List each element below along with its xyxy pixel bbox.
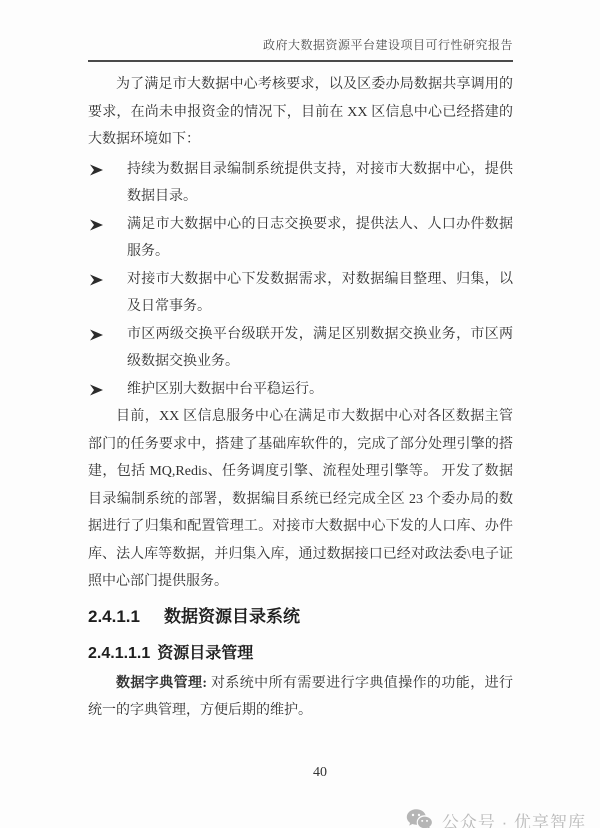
list-item-text: 持续为数据目录编制系统提供支持，对接市大数据中心，提供数据目录。 [127, 162, 513, 205]
paragraph-dictionary: 数据字典管理: 对系统中所有需要进行字典值操作的功能，进行统一的字典管理，方便后… [88, 670, 513, 725]
list-item-text: 市区两级交换平台级联开发，满足区别数据交换业务，市区两级数据交换业务。 [127, 327, 513, 370]
section-heading: 2.4.1.1数据资源目录系统 [88, 606, 513, 628]
list-item: 满足市大数据中心的日志交换要求，提供法人、人口办件数据服务。 [88, 211, 513, 266]
list-item-text: 维护区别大数据中台平稳运行。 [127, 382, 323, 397]
section-title: 数据资源目录系统 [164, 607, 300, 626]
arrow-bullet-icon [90, 273, 104, 287]
bullet-list: 持续为数据目录编制系统提供支持，对接市大数据中心，提供数据目录。 满足市大数据中… [88, 156, 513, 404]
list-item: 持续为数据目录编制系统提供支持，对接市大数据中心，提供数据目录。 [88, 156, 513, 211]
subsection-number: 2.4.1.1.1 [88, 645, 150, 662]
list-item: 市区两级交换平台级联开发，满足区别数据交换业务，市区两级数据交换业务。 [88, 321, 513, 376]
subsection-title: 资源目录管理 [157, 645, 253, 662]
content-column: 政府大数据资源平台建设项目可行性研究报告 为了满足市大数据中心考核要求，以及区委… [88, 0, 513, 725]
watermark: 公众号 · 优享智库 [406, 807, 586, 828]
paragraph-lead-in: 数据字典管理: [116, 676, 207, 691]
page-header-title: 政府大数据资源平台建设项目可行性研究报告 [88, 0, 513, 62]
section-number: 2.4.1.1 [88, 607, 140, 626]
arrow-bullet-icon [90, 383, 104, 397]
list-item-text: 对接市大数据中心下发数据需求，对数据编目整理、归集，以及日常事务。 [127, 272, 513, 315]
list-item: 对接市大数据中心下发数据需求，对数据编目整理、归集，以及日常事务。 [88, 266, 513, 321]
paragraph-current-status: 目前，XX 区信息服务中心在满足市大数据中心对各区数据主管部门的任务要求中，搭建… [88, 403, 513, 596]
arrow-bullet-icon [90, 328, 104, 342]
list-item: 维护区别大数据中台平稳运行。 [88, 376, 513, 404]
document-page: 政府大数据资源平台建设项目可行性研究报告 为了满足市大数据中心考核要求，以及区委… [0, 0, 600, 828]
list-item-text: 满足市大数据中心的日志交换要求，提供法人、人口办件数据服务。 [127, 217, 513, 260]
subsection-heading: 2.4.1.1.1资源目录管理 [88, 644, 513, 664]
arrow-bullet-icon [90, 163, 104, 177]
watermark-text: 公众号 · 优享智库 [442, 808, 586, 828]
page-number: 40 [20, 765, 600, 781]
wechat-icon [406, 807, 433, 828]
arrow-bullet-icon [90, 218, 104, 232]
paragraph-intro: 为了满足市大数据中心考核要求，以及区委办局数据共享调用的要求，在尚未申报资金的情… [88, 71, 513, 154]
